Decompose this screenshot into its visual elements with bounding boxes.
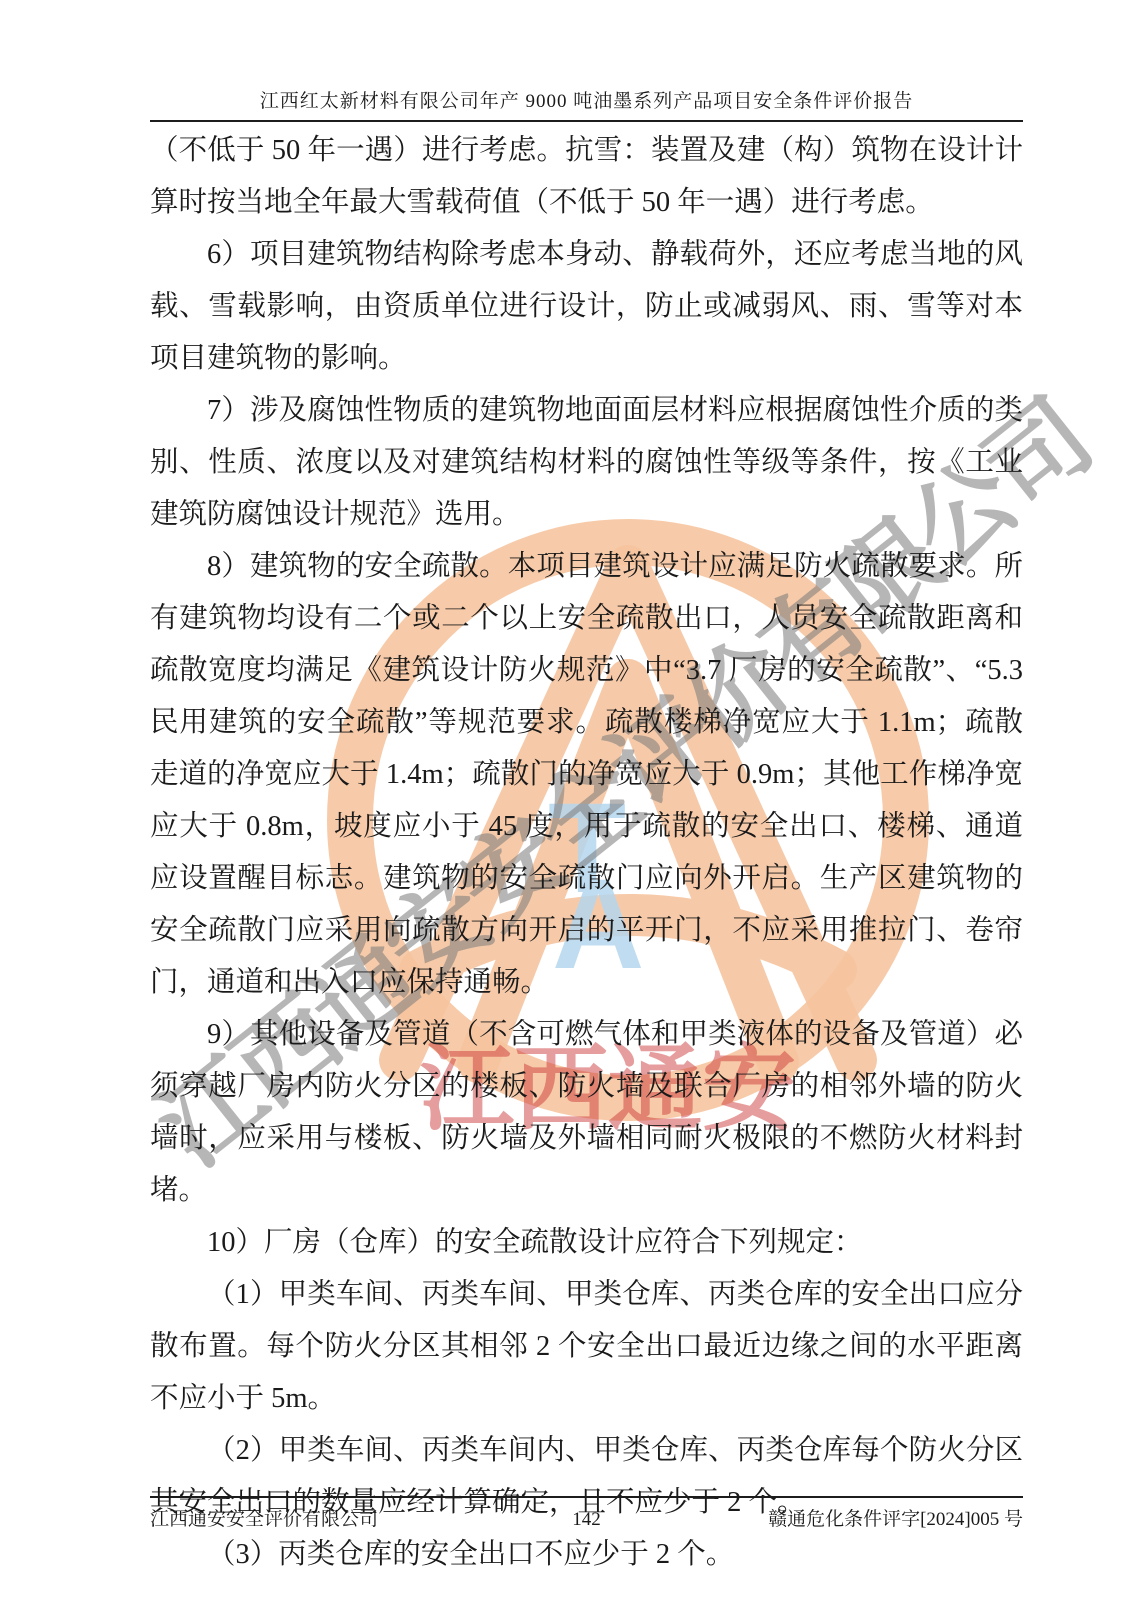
paragraph: 8）建筑物的安全疏散。本项目建筑设计应满足防火疏散要求。所有建筑物均设有二个或二… — [150, 541, 1023, 1009]
body-text: （不低于 50 年一遇）进行考虑。抗雪：装置及建（构）筑物在设计计算时按当地全年… — [150, 125, 1023, 1581]
paragraph: 10）厂房（仓库）的安全疏散设计应符合下列规定： — [150, 1217, 1023, 1269]
paragraph: 9）其他设备及管道（不含可燃气体和甲类液体的设备及管道）必须穿越厂房内防火分区的… — [150, 1009, 1023, 1217]
paragraph: 7）涉及腐蚀性物质的建筑物地面面层材料应根据腐蚀性介质的类别、性质、浓度以及对建… — [150, 385, 1023, 541]
footer-doc-number: 赣通危化条件评字[2024]005 号 — [601, 1504, 1023, 1531]
paragraph: 6）项目建筑物结构除考虑本身动、静载荷外，还应考虑当地的风载、雪载影响，由资质单… — [150, 229, 1023, 385]
document-page: 江西红太新材料有限公司年产 9000 吨油墨系列产品项目安全条件评价报告 （不低… — [0, 0, 1131, 1600]
footer-company: 江西通安安全评价有限公司 — [150, 1504, 572, 1531]
page-header: 江西红太新材料有限公司年产 9000 吨油墨系列产品项目安全条件评价报告 — [150, 86, 1023, 122]
footer-page-number: 142 — [572, 1509, 601, 1531]
paragraph: （不低于 50 年一遇）进行考虑。抗雪：装置及建（构）筑物在设计计算时按当地全年… — [150, 125, 1023, 229]
paragraph: （3）丙类仓库的安全出口不应少于 2 个。 — [150, 1529, 1023, 1581]
paragraph: （1）甲类车间、丙类车间、甲类仓库、丙类仓库的安全出口应分散布置。每个防火分区其… — [150, 1269, 1023, 1425]
page-footer: 江西通安安全评价有限公司 142 赣通危化条件评字[2024]005 号 — [150, 1496, 1023, 1531]
header-title: 江西红太新材料有限公司年产 9000 吨油墨系列产品项目安全条件评价报告 — [260, 91, 914, 112]
